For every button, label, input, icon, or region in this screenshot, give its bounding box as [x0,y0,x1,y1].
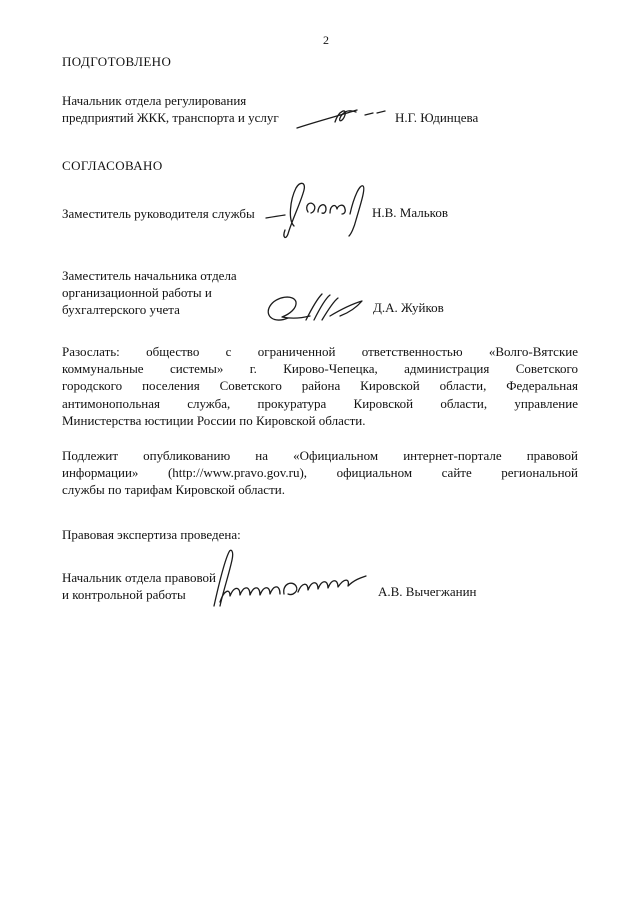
signatory-name-yudintseva: Н.Г. Юдинцева [395,109,478,126]
paragraph-line: Министерства юстиции России по Кировской… [62,412,578,429]
signatory-title-line: организационной работы и [62,284,237,301]
signatory-title-line: Заместитель руководителя службы [62,205,255,222]
paragraph-line: службы по тарифам Кировской области. [62,481,578,498]
signatory-name-malkov: Н.В. Мальков [372,204,448,221]
signatory-title-line: Начальник отдела регулирования [62,92,279,109]
distribution-paragraph: Разослать: общество с ограниченной ответ… [62,343,578,429]
signatory-title-line: бухгалтерского учета [62,301,237,318]
signatory-title-yudintseva: Начальник отдела регулирования предприят… [62,92,279,126]
legal-review-label: Правовая экспертиза проведена: [62,526,241,543]
signatory-name-vychegzhanin: А.В. Вычегжанин [378,583,476,600]
signature-malkov-icon [264,176,370,244]
signatory-title-malkov: Заместитель руководителя службы [62,205,255,222]
signatory-title-zhuikov: Заместитель начальника отдела организаци… [62,267,237,318]
signatory-title-line: предприятий ЖКК, транспорта и услуг [62,109,279,126]
signatory-title-line: Начальник отдела правовой [62,569,216,586]
paragraph-line: антимонопольная служба, прокуратура Киро… [62,395,578,412]
signatory-name-zhuikov: Д.А. Жуйков [373,299,444,316]
signatory-title-line: Заместитель начальника отдела [62,267,237,284]
paragraph-line: Разослать: общество с ограниченной ответ… [62,343,578,360]
signatory-title-line: и контрольной работы [62,586,216,603]
paragraph-line: информации» (http://www.pravo.gov.ru), о… [62,464,578,481]
agreed-heading: СОГЛАСОВАНО [62,157,163,174]
signature-zhuikov-icon [262,288,368,332]
signature-yudintseva-icon [295,102,395,132]
paragraph-line: коммунальные системы» г. Кирово-Чепецка,… [62,360,578,377]
signatory-title-vychegzhanin: Начальник отдела правовой и контрольной … [62,569,216,603]
prepared-heading: ПОДГОТОВЛЕНО [62,53,171,70]
paragraph-line: городского поселения Советского района К… [62,377,578,394]
page-number: 2 [323,33,329,48]
publication-paragraph: Подлежит опубликованию на «Официальном и… [62,447,578,499]
signature-vychegzhanin-icon [208,548,373,610]
paragraph-line: Подлежит опубликованию на «Официальном и… [62,447,578,464]
document-page: 2 ПОДГОТОВЛЕНО Начальник отдела регулиро… [0,0,640,905]
